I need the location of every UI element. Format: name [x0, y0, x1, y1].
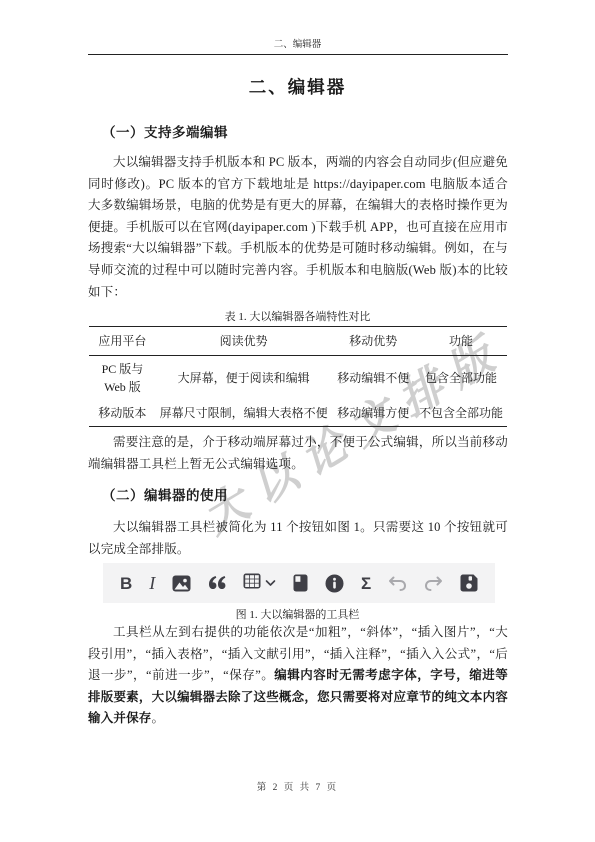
cell-platform-pc: PC 版与 Web 版 — [89, 356, 156, 401]
save-icon — [460, 574, 478, 592]
cell-mobility-pc: 移动编辑不便 — [331, 356, 415, 401]
chevron-down-icon — [265, 574, 276, 592]
paragraph-multi-device: 大以编辑器支持手机版本和 PC 版本，两端的内容会自动同步(但应避免同时修改)。… — [88, 152, 508, 303]
paragraph-end-punct: 。 — [152, 711, 165, 725]
paragraph-note: 需要注意的是，介于移动端屏幕过小，不便于公式编辑，所以当前移动端编辑器工具栏上暂… — [88, 432, 508, 475]
col-header-reading: 阅读优势 — [156, 327, 332, 356]
running-header: 二、编辑器 — [0, 36, 595, 50]
cell-reading-pc: 大屏幕，便于阅读和编辑 — [156, 356, 332, 401]
comparison-table: 应用平台 阅读优势 移动优势 功能 PC 版与 Web 版 大屏幕，便于阅读和编… — [89, 326, 507, 427]
header-rule — [88, 54, 508, 55]
cell-function-mobile: 不包含全部功能 — [415, 400, 507, 427]
figure-caption: 图 1. 大以编辑器的工具栏 — [0, 606, 595, 622]
table-row: 移动版本 屏幕尺寸限制，编辑大表格不便 移动编辑方便 不包含全部功能 — [89, 400, 507, 427]
table-header-row: 应用平台 阅读优势 移动优势 功能 — [89, 327, 507, 356]
insert-table-control — [243, 573, 276, 594]
italic-icon: I — [149, 573, 155, 594]
paragraph-toolbar-intro: 大以编辑器工具栏被简化为 11 个按钮如图 1。只需要这 10 个按钮就可以完成… — [88, 517, 508, 560]
cell-reading-mobile: 屏幕尺寸限制，编辑大表格不便 — [156, 400, 332, 427]
formula-sigma-icon: Σ — [361, 575, 371, 592]
citation-icon — [293, 574, 308, 592]
col-header-platform: 应用平台 — [89, 327, 156, 356]
document-page: 二、编辑器 大以论文排版 二、编辑器 （一）支持多端编辑 大以编辑器支持手机版本… — [0, 0, 595, 842]
bold-icon: B — [120, 575, 132, 592]
section-heading-2: （二）编辑器的使用 — [102, 484, 228, 504]
page-number-footer: 第 2 页 共 7 页 — [0, 779, 595, 793]
cell-platform-mobile: 移动版本 — [89, 400, 156, 427]
table-row: PC 版与 Web 版 大屏幕，便于阅读和编辑 移动编辑不便 包含全部功能 — [89, 356, 507, 401]
table-icon — [243, 573, 261, 594]
undo-icon — [388, 576, 407, 591]
col-header-mobility: 移动优势 — [331, 327, 415, 356]
paragraph-toolbar-functions: 工具栏从左到右提供的功能依次是“加粗”，“斜体”，“插入图片”，“大段引用”，“… — [88, 622, 508, 730]
blockquote-icon — [208, 576, 226, 590]
insert-image-icon — [172, 575, 191, 592]
toolbar-figure: B I Σ — [103, 563, 495, 603]
cell-mobility-mobile: 移动编辑方便 — [331, 400, 415, 427]
cell-function-pc: 包含全部功能 — [415, 356, 507, 401]
page-title: 二、编辑器 — [0, 74, 595, 99]
table-caption: 表 1. 大以编辑器各端特性对比 — [0, 308, 595, 324]
annotation-info-icon — [325, 574, 344, 593]
col-header-function: 功能 — [415, 327, 507, 356]
redo-icon — [424, 576, 443, 591]
section-heading-1: （一）支持多端编辑 — [102, 121, 228, 141]
